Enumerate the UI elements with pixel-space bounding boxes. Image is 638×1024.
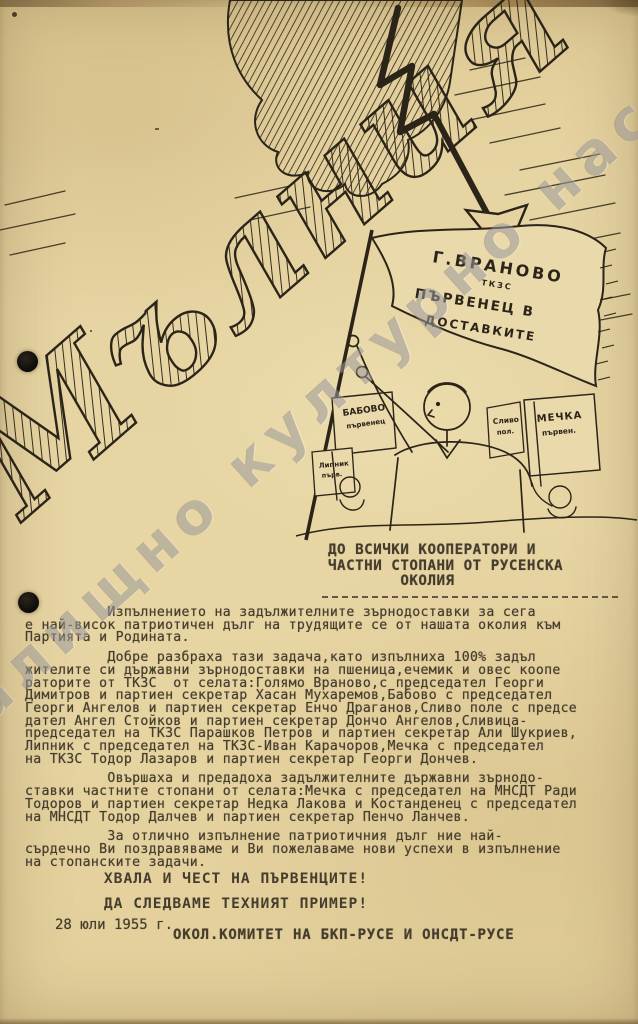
- slogan-2: ДА СЛЕДВАМЕ ТЕХНИЯТ ПРИМЕР!: [55, 895, 417, 912]
- masthead-illustration: Мълния Г.ВРАНОВО ТКЗС ПЪРВЕНЕЦ В ДОСТАВК…: [0, 0, 638, 545]
- small-flag-mechka: МЕЧКА първен.: [524, 394, 600, 476]
- letter-paragraph-2: Добре разбраха тази задача,като изпълних…: [25, 652, 617, 766]
- addressee-heading: ДО ВСИЧКИ КООПЕРАТОРИ И ЧАСТНИ СТОПАНИ О…: [328, 543, 563, 590]
- ground-line: [296, 517, 637, 536]
- main-flag: Г.ВРАНОВО ТКЗС ПЪРВЕНЕЦ В ДОСТАВКИТЕ: [372, 225, 618, 386]
- letter-date: 28 юли 1955 г.: [55, 917, 173, 933]
- scan-edge-bottom: [0, 1018, 638, 1024]
- letter-signature: ОКОЛ.КОМИТЕТ НА БКП-РУСЕ И ОНСДТ-РУСЕ: [173, 927, 514, 943]
- letter-paragraph-3: Овършаха и предадоха задължителните държ…: [25, 773, 617, 824]
- letter-paragraph-1: Изпълнението на задължителните зърнодост…: [25, 607, 617, 645]
- small-flag-slivo: Сливо пол.: [487, 402, 524, 458]
- scanned-leaflet-page: Мълния Г.ВРАНОВО ТКЗС ПЪРВЕНЕЦ В ДОСТАВК…: [0, 0, 638, 1024]
- letter-paragraph-4: За отлично изпълнение патриотичния дълг …: [25, 831, 617, 869]
- heading-underline: [322, 596, 618, 598]
- small-flag-slivo-text-2: пол.: [496, 427, 514, 436]
- letter-body: Изпълнението на задължителните зърнодост…: [25, 607, 617, 876]
- slogan-1: ХВАЛА И ЧЕСТ НА ПЪРВЕНЦИТЕ!: [55, 870, 417, 887]
- small-flag-babovo: БАБОВО първенец: [332, 392, 396, 455]
- slogans-block: ХВАЛА И ЧЕСТ НА ПЪРВЕНЦИТЕ! ДА СЛЕДВАМЕ …: [55, 870, 417, 920]
